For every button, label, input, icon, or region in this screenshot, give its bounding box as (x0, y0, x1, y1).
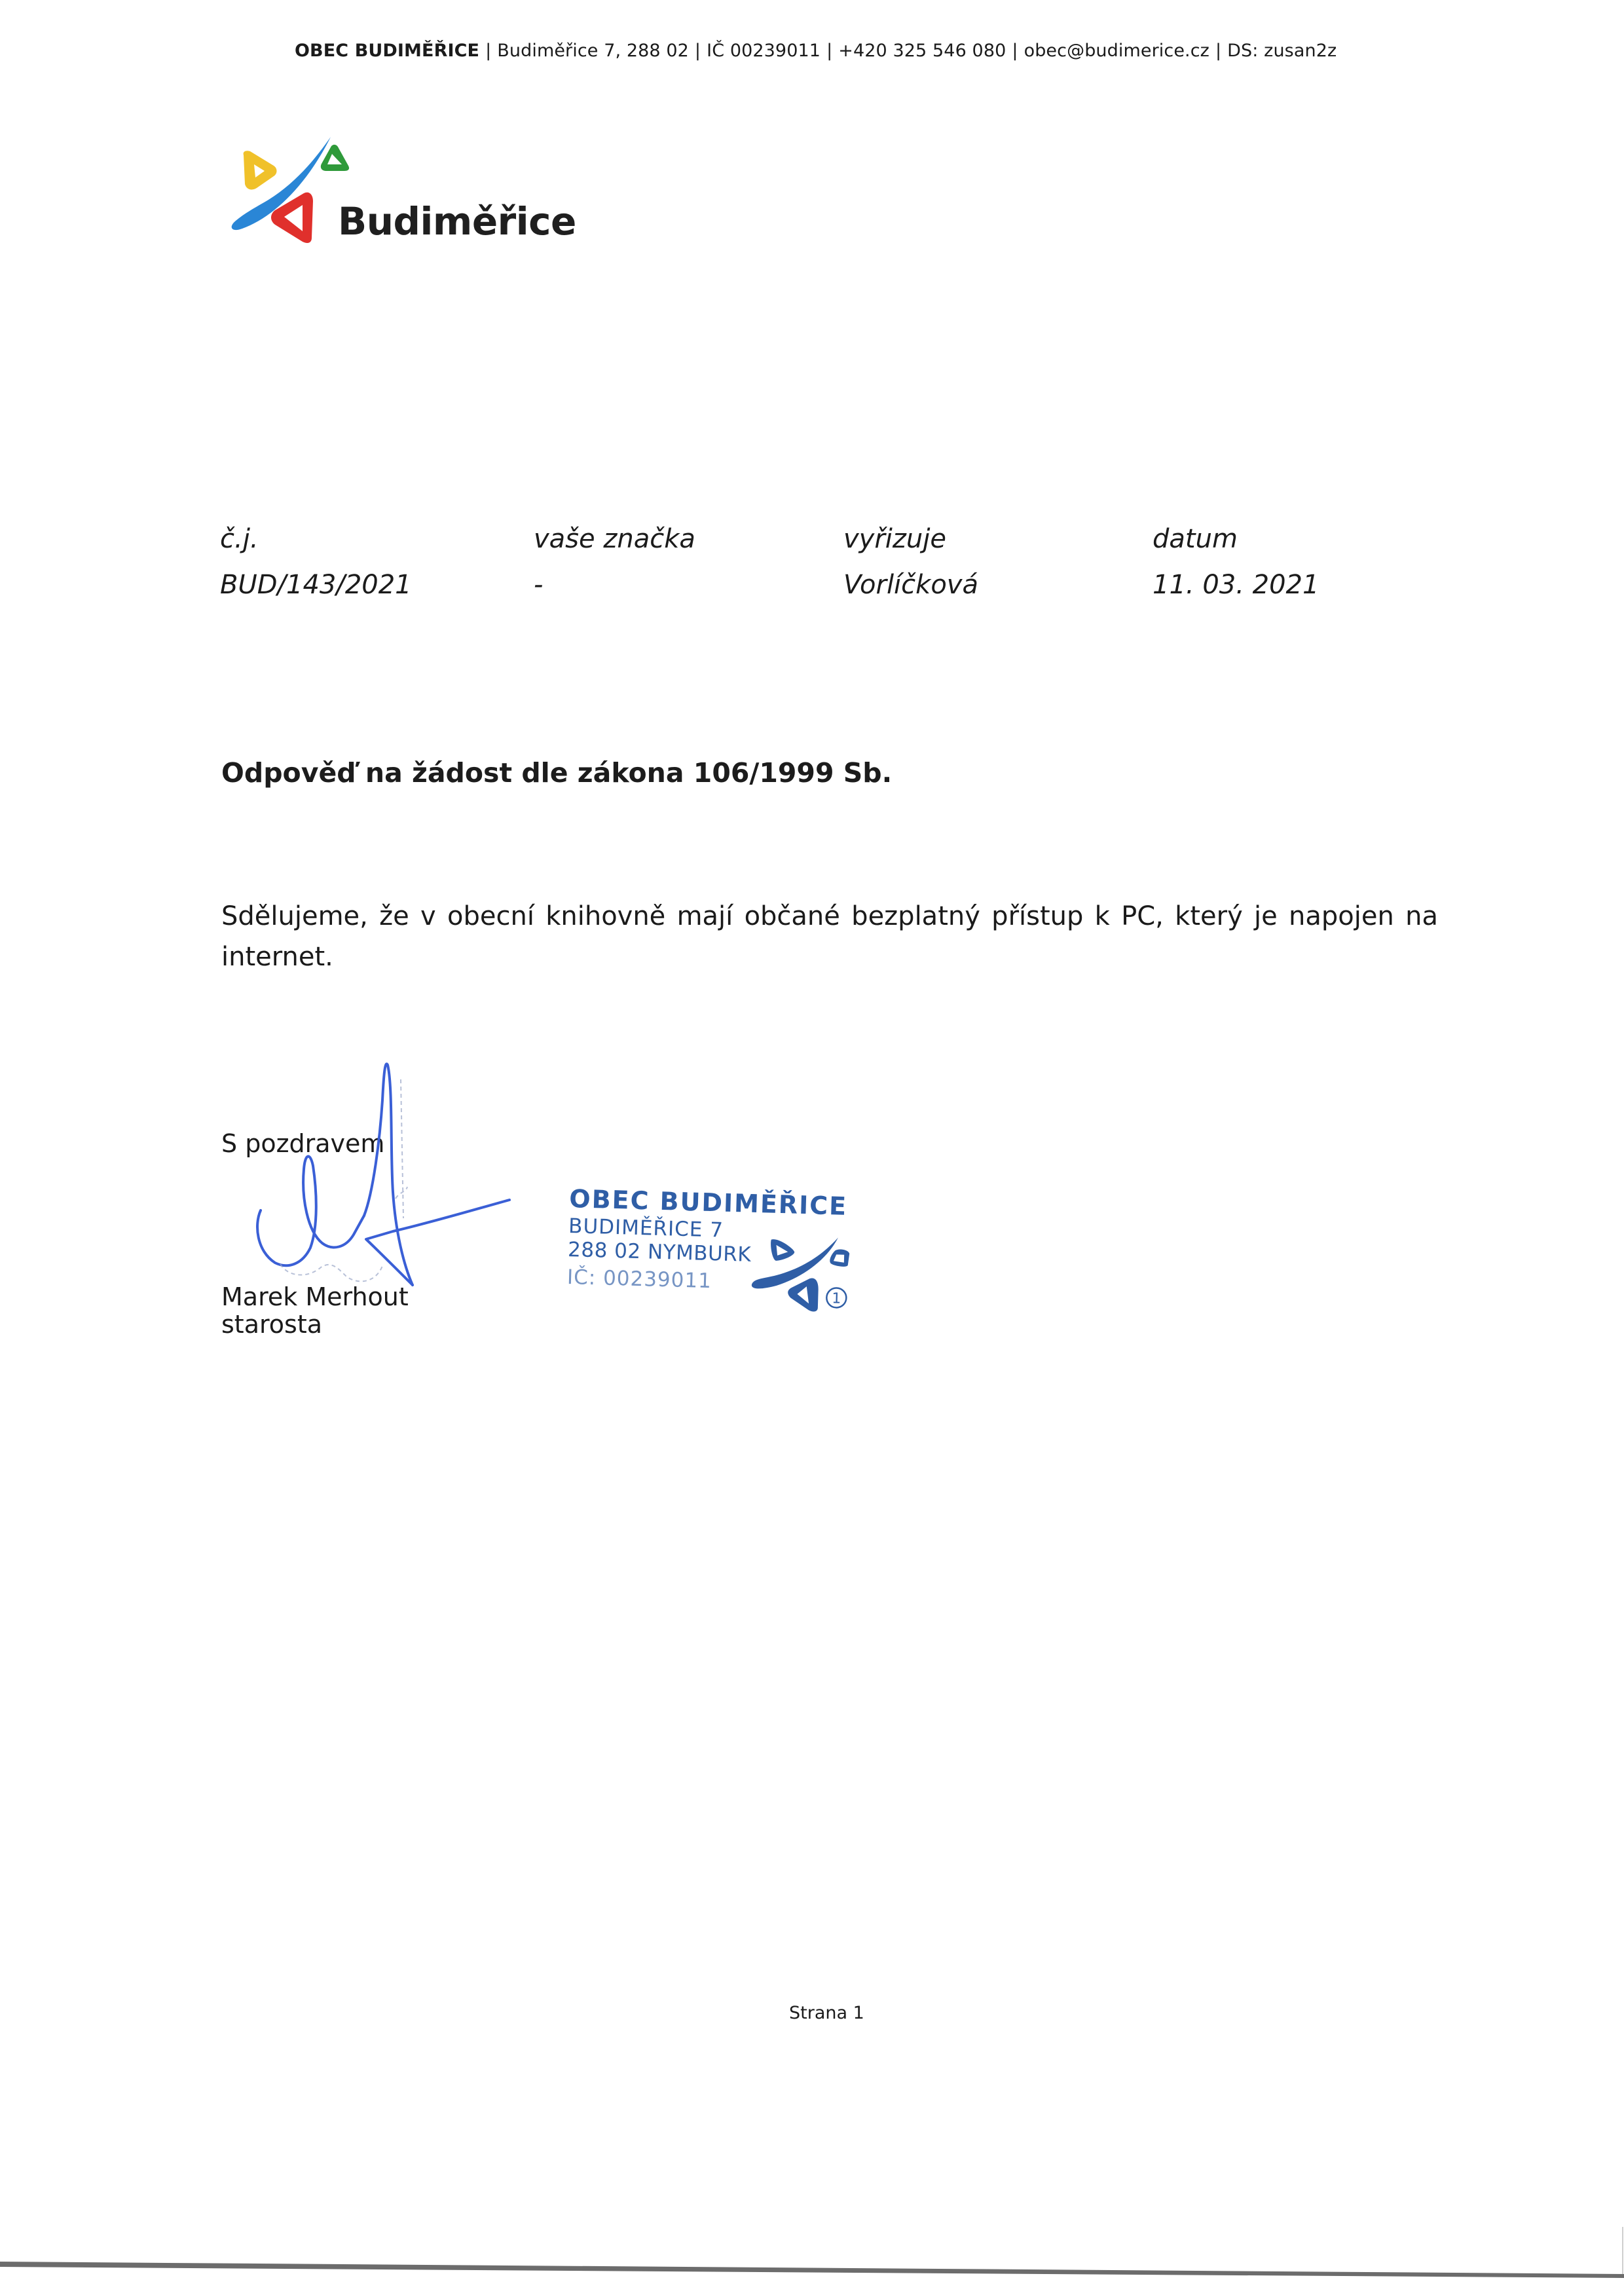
date-value: 11. 03. 2021 (1153, 570, 1319, 600)
letterhead: OBEC BUDIMĚŘICE|Budiměřice 7, 288 02|IČ … (295, 41, 1337, 61)
official-stamp: OBEC BUDIMĚŘICE BUDIMĚŘICE 7 288 02 NYMB… (566, 1184, 858, 1316)
stamp-city: 288 02 NYMBURK (568, 1238, 752, 1267)
letterhead-phone: +420 325 546 080 (838, 41, 1006, 61)
separator: | (1215, 41, 1221, 61)
letter-body: Sdělujeme, že v obecní knihovně mají obč… (221, 896, 1438, 977)
separator: | (695, 41, 701, 61)
letter-subject: Odpověď na žádost dle zákona 106/1999 Sb… (221, 757, 892, 789)
letterhead-email: obec@budimerice.cz (1024, 41, 1209, 61)
stamp-logo-icon: 1 (750, 1233, 857, 1314)
handwritten-signature-icon (242, 1048, 530, 1310)
separator: | (826, 41, 832, 61)
letterhead-data-box: DS: zusan2z (1227, 41, 1337, 61)
separator: | (1012, 41, 1018, 61)
letterhead-organization: OBEC BUDIMĚŘICE (295, 41, 479, 61)
your-reference-label: vaše značka (534, 524, 695, 554)
your-reference-value: - (534, 570, 543, 600)
signer-role: starosta (221, 1310, 322, 1339)
date-label: datum (1153, 524, 1238, 554)
stamp-number: 1 (832, 1290, 841, 1307)
handled-by-value: Vorlíčková (843, 570, 978, 600)
logo-wordmark: Budiměřice (338, 199, 576, 244)
separator: | (485, 41, 491, 61)
scanner-edge-divider (0, 2227, 1624, 2295)
letterhead-address: Budiměřice 7, 288 02 (497, 41, 689, 61)
reference-number-label: č.j. (220, 524, 259, 554)
letterhead-company-id: IČ 00239011 (707, 41, 821, 61)
stamp-company-id: IČ: 00239011 (567, 1265, 712, 1293)
reference-number-value: BUD/143/2021 (220, 570, 412, 600)
handled-by-label: vyřizuje (843, 524, 946, 554)
page-number: Strana 1 (789, 2003, 864, 2023)
